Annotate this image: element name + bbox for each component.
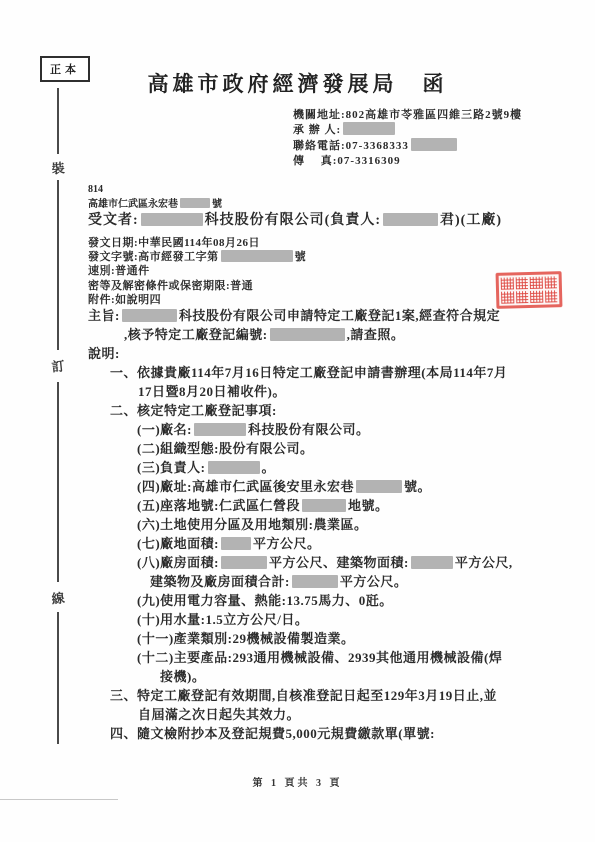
text-run: 科技股份有限公司。 [248, 422, 370, 437]
text-run: 17日暨8月20日補收件)。 [138, 384, 286, 399]
text-line: (八)廠房面積:平方公尺、建築物面積:平方公尺, [137, 552, 513, 571]
text-run: (八)廠房面積: [137, 555, 219, 570]
text-run: 接機)。 [160, 669, 205, 684]
text-run: (四)廠址:高雄市仁武區後安里永宏巷 [137, 479, 354, 494]
text-line: (二)組織型態:股份有限公司。 [137, 438, 513, 457]
official-red-seal-stamp [496, 271, 563, 309]
text-run: 密等及解密條件或保密期限:普通 [88, 280, 253, 292]
text-line: 接機)。 [160, 666, 513, 685]
binding-mark-zhuang: 裝 [51, 157, 66, 177]
text-line: 高雄市仁武區永宏巷號 [88, 195, 502, 206]
text-line: (九)使用電力容量、熱能:13.75馬力、0瓩。 [137, 590, 513, 609]
redaction-box [221, 556, 267, 569]
text-run: ,核予特定工廠登記編號: [124, 327, 268, 342]
recipient-block: 814高雄市仁武區永宏巷號受文者:科技股份有限公司(負責人:君)(工廠) [0, 184, 502, 233]
text-line: 自屆滿之次日起失其效力。 [138, 704, 513, 723]
redaction-box [411, 138, 457, 151]
text-run: (十)用水量:1.5立方公尺/日。 [137, 612, 308, 627]
redaction-box [122, 309, 177, 322]
text-line: 說明: [88, 343, 513, 362]
text-run: 承 辦 人: [293, 124, 341, 136]
text-line: (一)廠名:科技股份有限公司。 [137, 419, 513, 438]
text-run: 建築物及廠房面積合計: [150, 574, 290, 589]
text-line: 發文字號:高市經發工字第號 [88, 248, 306, 262]
text-run: (九)使用電力容量、熱能:13.75馬力、0瓩。 [137, 593, 393, 608]
text-run: (一)廠名: [137, 422, 192, 437]
text-run: 附件:如說明四 [88, 294, 161, 306]
text-line: (四)廠址:高雄市仁武區後安里永宏巷號。 [137, 476, 513, 495]
redaction-box [383, 213, 438, 226]
text-line: (七)廠地面積:平方公尺。 [137, 533, 513, 552]
text-line: 聯絡電話:07-3368333 [293, 137, 522, 152]
text-line: (五)座落地號:仁武區仁營段地號。 [137, 495, 513, 514]
text-run: 君)(工廠) [440, 213, 502, 228]
text-line: 發文日期:中華民國114年08月26日 [88, 234, 306, 248]
redaction-box [302, 499, 346, 512]
text-run: 平方公尺。 [253, 536, 321, 551]
redaction-box [270, 328, 345, 341]
text-run: 平方公尺。 [340, 574, 408, 589]
text-run: 一、依據貴廠114年7月16日特定工廠登記申請書辦理(本局114年7月 [110, 365, 507, 380]
text-line: 受文者:科技股份有限公司(負責人:君)(工廠) [88, 206, 502, 233]
redaction-box [208, 461, 260, 474]
text-run: (十一)產業類別:29機械設備製造業。 [137, 631, 355, 646]
text-line: (十二)主要產品:293通用機械設備、2939其他通用機械設備(焊 [137, 647, 513, 666]
text-run: 。 [262, 460, 276, 475]
text-line: 四、隨文檢附抄本及登記規費5,000元規費繳款單(單號: [110, 723, 513, 742]
text-run: 814 [88, 184, 103, 195]
scan-artifact-line [0, 799, 118, 800]
text-run: 科技股份有限公司(負責人: [205, 213, 381, 228]
text-line: (十)用水量:1.5立方公尺/日。 [137, 609, 513, 628]
text-run: (七)廠地面積: [137, 536, 219, 551]
redaction-box [194, 423, 246, 436]
text-line: 機關地址:802高雄市苓雅區四維三路2號9樓 [293, 106, 522, 121]
text-run: 發文字號:高市經發工字第 [88, 251, 219, 263]
scanned-official-letter-page: 正本 裝 訂 線 高雄市政府經濟發展局 函 機關地址:802高雄市苓雅區四維三路… [0, 0, 595, 842]
text-run: (十二)主要產品:293通用機械設備、2939其他通用機械設備(焊 [137, 650, 502, 665]
text-line: 主旨:科技股份有限公司申請特定工廠登記1案,經查符合規定 [88, 305, 513, 324]
text-run: 平方公尺, [455, 555, 513, 570]
text-run: (六)土地使用分區及用地類別:農業區。 [137, 517, 368, 532]
text-run: 號。 [404, 479, 431, 494]
text-run: (二)組織型態:股份有限公司。 [137, 441, 314, 456]
text-line: 17日暨8月20日補收件)。 [138, 381, 513, 400]
document-title: 高雄市政府經濟發展局 函 [0, 68, 595, 98]
text-line: 承 辦 人: [293, 121, 522, 136]
text-run: 科技股份有限公司申請特定工廠登記1案,經查符合規定 [179, 308, 500, 323]
text-run: 地號。 [348, 498, 389, 513]
text-run: 自屆滿之次日起失其效力。 [138, 707, 300, 722]
redaction-box [292, 575, 338, 588]
text-line: 814 [88, 184, 502, 195]
text-run: 機關地址:802高雄市苓雅區四維三路2號9樓 [293, 109, 522, 121]
text-line: (六)土地使用分區及用地類別:農業區。 [137, 514, 513, 533]
seal-glyph-texture [499, 274, 560, 306]
redaction-box [221, 250, 293, 262]
page-number-footer: 第 1 頁共 3 頁 [0, 774, 595, 789]
agency-contact-block: 機關地址:802高雄市苓雅區四維三路2號9樓承 辦 人:聯絡電話:07-3368… [293, 106, 522, 168]
text-line: 一、依據貴廠114年7月16日特定工廠登記申請書辦理(本局114年7月 [110, 362, 513, 381]
text-run: 四、隨文檢附抄本及登記規費5,000元規費繳款單(單號: [110, 726, 435, 741]
text-line: 傳 真:07-3316309 [293, 152, 522, 167]
text-line: 三、特定工廠登記有效期間,自核准登記日起至129年3月19日止,並 [110, 685, 513, 704]
text-run: 傳 真:07-3316309 [293, 155, 401, 167]
text-run: ,請查照。 [347, 327, 405, 342]
document-body: 主旨:科技股份有限公司申請特定工廠登記1案,經查符合規定,核予特定工廠登記編號:… [0, 305, 513, 742]
text-run: 二、核定特定工廠登記事項: [110, 403, 277, 418]
redaction-box [343, 122, 395, 135]
text-line: 密等及解密條件或保密期限:普通 [88, 277, 306, 291]
text-run: 主旨: [88, 308, 120, 323]
redaction-box [356, 480, 402, 493]
text-run: (三)負責人: [137, 460, 206, 475]
text-line: (三)負責人:。 [137, 457, 513, 476]
redaction-box [221, 537, 251, 550]
text-run: 速別:普通件 [88, 265, 150, 277]
text-line: (十一)產業類別:29機械設備製造業。 [137, 628, 513, 647]
text-line: 附件:如說明四 [88, 291, 306, 305]
text-line: 建築物及廠房面積合計:平方公尺。 [150, 571, 513, 590]
text-line: 二、核定特定工廠登記事項: [110, 400, 513, 419]
text-run: 聯絡電話:07-3368333 [293, 140, 409, 152]
text-run: 號 [295, 251, 307, 263]
dispatch-meta-block: 發文日期:中華民國114年08月26日發文字號:高市經發工字第號速別:普通件密等… [0, 234, 306, 305]
text-line: 速別:普通件 [88, 262, 306, 276]
redaction-box [180, 198, 210, 208]
text-run: 平方公尺、建築物面積: [269, 555, 409, 570]
text-run: 說明: [88, 346, 120, 361]
text-run: (五)座落地號:仁武區仁營段 [137, 498, 300, 513]
text-line: ,核予特定工廠登記編號:,請查照。 [124, 324, 513, 343]
text-run: 受文者: [88, 213, 139, 228]
text-run: 發文日期:中華民國114年08月26日 [88, 237, 260, 249]
text-run: 三、特定工廠登記有效期間,自核准登記日起至129年3月19日止,並 [110, 688, 497, 703]
redaction-box [141, 213, 203, 226]
redaction-box [411, 556, 453, 569]
